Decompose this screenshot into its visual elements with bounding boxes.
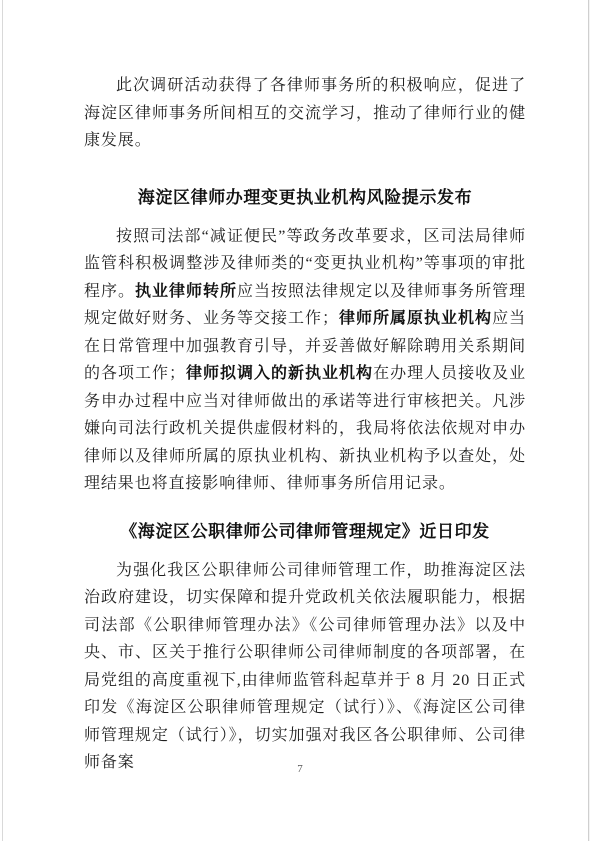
page-content: 此次调研活动获得了各律师事务所的积极响应，促进了海淀区律师事务所间相互的交流学习… xyxy=(84,72,526,777)
page-number: 7 xyxy=(0,763,600,775)
section-1-paragraph: 按照司法部“减证便民”等政务改革要求，区司法局律师监管科积极调整涉及律师类的“变… xyxy=(84,223,526,498)
document-page: 此次调研活动获得了各律师事务所的积极响应，促进了海淀区律师事务所间相互的交流学习… xyxy=(0,0,600,841)
section-1-heading: 海淀区律师办理变更执业机构风险提示发布 xyxy=(84,186,526,210)
page-right-edge-line xyxy=(588,0,589,841)
page-left-edge-line xyxy=(2,0,3,841)
intro-paragraph: 此次调研活动获得了各律师事务所的积极响应，促进了海淀区律师事务所间相互的交流学习… xyxy=(84,72,526,155)
section-2-heading: 《海淀区公职律师公司律师管理规定》近日印发 xyxy=(84,520,526,544)
section-2-paragraph: 为强化我区公职律师公司律师管理工作，助推海淀区法治政府建设，切实保障和提升党政机… xyxy=(84,557,526,777)
